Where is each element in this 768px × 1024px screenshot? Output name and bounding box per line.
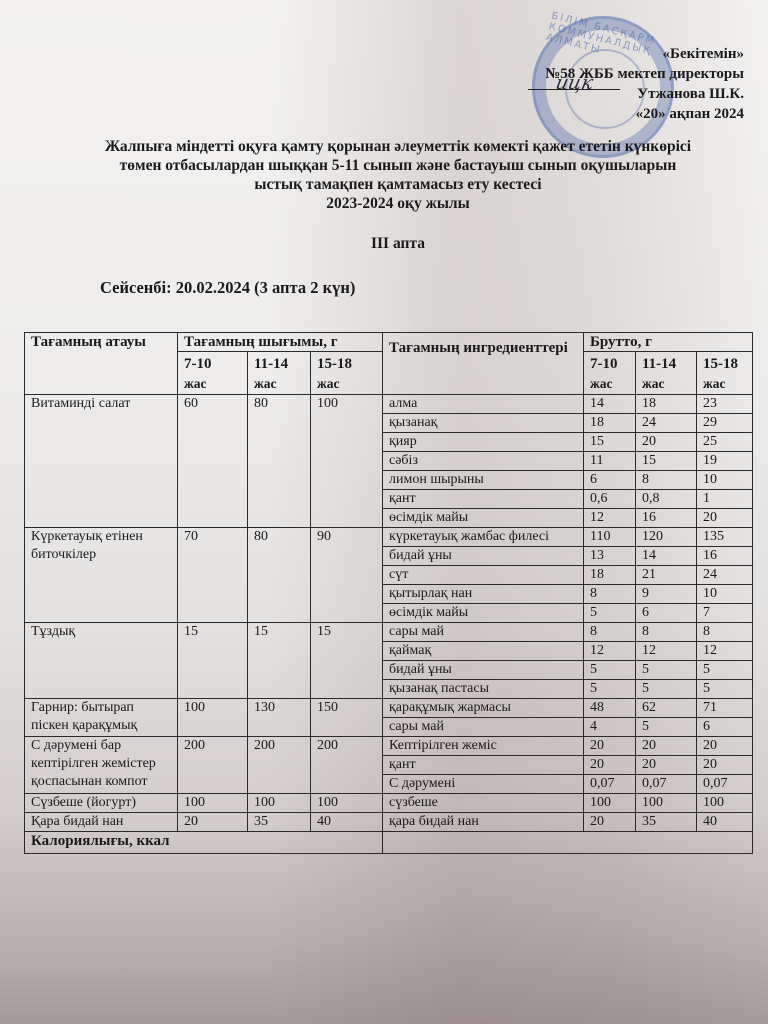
- age-range: 15-18: [703, 356, 738, 372]
- age-unit: жас: [642, 374, 693, 394]
- calories-value: [383, 832, 753, 854]
- signature: ицк: [554, 72, 596, 94]
- ingredient-brutto: 12: [584, 642, 636, 661]
- age-unit: жас: [184, 374, 244, 394]
- dish-yield: 80: [248, 395, 311, 528]
- dish-yield: 80: [248, 528, 311, 623]
- ingredient-name: қара бидай нан: [383, 813, 584, 832]
- ingredient-brutto: 20: [636, 756, 697, 775]
- ingredient-brutto: 1: [697, 490, 753, 509]
- dish-yield: 15: [178, 623, 248, 699]
- ingredient-brutto: 18: [584, 414, 636, 433]
- title-line-3: ыстық тамақпен қамтамасыз ету кестесі: [0, 175, 768, 194]
- ingredient-brutto: 10: [697, 585, 753, 604]
- age-unit: жас: [590, 374, 632, 394]
- ingredient-name: қаймақ: [383, 642, 584, 661]
- age-unit: жас: [254, 374, 307, 394]
- ingredient-brutto: 135: [697, 528, 753, 547]
- ingredient-brutto: 15: [636, 452, 697, 471]
- brutto-age-7-10: 7-10жас: [584, 352, 636, 395]
- ingredient-name: С дәрумені: [383, 775, 584, 794]
- ingredient-name: бидай ұны: [383, 661, 584, 680]
- ingredient-brutto: 14: [636, 547, 697, 566]
- dish-yield: 100: [248, 794, 311, 813]
- ingredient-brutto: 12: [697, 642, 753, 661]
- yield-age-11-14: 11-14жас: [248, 352, 311, 395]
- ingredient-brutto: 20: [636, 737, 697, 756]
- dish-yield: 100: [311, 794, 383, 813]
- ingredient-brutto: 8: [584, 585, 636, 604]
- ingredient-brutto: 40: [697, 813, 753, 832]
- title-line-4: 2023-2024 оқу жылы: [0, 194, 768, 213]
- age-range: 15-18: [317, 356, 352, 372]
- ingredient-brutto: 0,07: [636, 775, 697, 794]
- yield-age-15-18: 15-18жас: [311, 352, 383, 395]
- ingredient-brutto: 18: [636, 395, 697, 414]
- ingredient-brutto: 9: [636, 585, 697, 604]
- ingredient-brutto: 0,8: [636, 490, 697, 509]
- dish-yield: 15: [248, 623, 311, 699]
- ingredient-brutto: 20: [584, 737, 636, 756]
- ingredient-brutto: 15: [584, 433, 636, 452]
- ingredient-brutto: 16: [697, 547, 753, 566]
- approval-heading: «Бекітемін»: [545, 44, 744, 64]
- ingredient-brutto: 71: [697, 699, 753, 718]
- ingredient-brutto: 62: [636, 699, 697, 718]
- ingredient-brutto: 8: [636, 623, 697, 642]
- dish-yield: 100: [178, 699, 248, 737]
- dish-yield: 15: [311, 623, 383, 699]
- ingredient-name: сәбіз: [383, 452, 584, 471]
- dish-yield: 40: [311, 813, 383, 832]
- ingredient-name: лимон шырыны: [383, 471, 584, 490]
- approval-date: «20» ақпан 2024: [545, 104, 744, 124]
- ingredient-brutto: 5: [636, 718, 697, 737]
- calories-row: Калориялығы, ккал: [25, 832, 753, 854]
- ingredient-brutto: 5: [636, 680, 697, 699]
- dish-yield: 200: [311, 737, 383, 794]
- age-unit: жас: [317, 374, 379, 394]
- dish-name: Витаминді салат: [25, 395, 178, 528]
- dish-name: Сүзбеше (йогурт): [25, 794, 178, 813]
- ingredient-brutto: 20: [697, 509, 753, 528]
- ingredient-brutto: 100: [584, 794, 636, 813]
- ingredient-name: бидай ұны: [383, 547, 584, 566]
- ingredient-brutto: 6: [584, 471, 636, 490]
- ingredient-brutto: 20: [584, 756, 636, 775]
- ingredient-name: сары май: [383, 718, 584, 737]
- ingredient-name: күркетауық жамбас филесі: [383, 528, 584, 547]
- ingredient-brutto: 25: [697, 433, 753, 452]
- dish-yield: 90: [311, 528, 383, 623]
- ingredient-name: қызанақ пастасы: [383, 680, 584, 699]
- ingredient-name: қытырлақ нан: [383, 585, 584, 604]
- ingredient-brutto: 23: [697, 395, 753, 414]
- ingredient-name: өсімдік майы: [383, 604, 584, 623]
- ingredient-brutto: 5: [697, 680, 753, 699]
- header-dish-name: Тағамның атауы: [25, 333, 178, 395]
- ingredient-name: қияр: [383, 433, 584, 452]
- table-row: Гарнир: бытырап піскен қарақұмық10013015…: [25, 699, 753, 718]
- dish-name: С дәрумені бар кептірілген жемістер қосп…: [25, 737, 178, 794]
- dish-yield: 60: [178, 395, 248, 528]
- ingredient-brutto: 35: [636, 813, 697, 832]
- ingredient-brutto: 12: [584, 509, 636, 528]
- ingredient-brutto: 120: [636, 528, 697, 547]
- menu-table: Тағамның атауы Тағамның шығымы, г Тағамн…: [24, 332, 753, 854]
- title-line-1: Жалпыға міндетті оқуға қамту қорынан әле…: [0, 137, 768, 156]
- dish-name: Қара бидай нан: [25, 813, 178, 832]
- ingredient-brutto: 10: [697, 471, 753, 490]
- ingredient-brutto: 48: [584, 699, 636, 718]
- ingredient-brutto: 100: [697, 794, 753, 813]
- dish-yield: 130: [248, 699, 311, 737]
- ingredient-brutto: 18: [584, 566, 636, 585]
- ingredient-brutto: 24: [636, 414, 697, 433]
- dish-yield: 20: [178, 813, 248, 832]
- age-unit: жас: [703, 374, 749, 394]
- ingredient-brutto: 20: [636, 433, 697, 452]
- week-label: III апта: [0, 235, 768, 253]
- table-row: Тұздық151515сары май888: [25, 623, 753, 642]
- ingredient-brutto: 13: [584, 547, 636, 566]
- header-yield: Тағамның шығымы, г: [178, 333, 383, 352]
- ingredient-brutto: 29: [697, 414, 753, 433]
- dish-name: Күркетауық етінен биточкілер: [25, 528, 178, 623]
- yield-age-7-10: 7-10жас: [178, 352, 248, 395]
- document-title: Жалпыға міндетті оқуға қамту қорынан әле…: [0, 137, 768, 213]
- ingredient-brutto: 21: [636, 566, 697, 585]
- ingredient-name: қызанақ: [383, 414, 584, 433]
- ingredient-brutto: 16: [636, 509, 697, 528]
- brutto-age-15-18: 15-18жас: [697, 352, 753, 395]
- brutto-age-11-14: 11-14жас: [636, 352, 697, 395]
- dish-yield: 150: [311, 699, 383, 737]
- ingredient-name: сары май: [383, 623, 584, 642]
- ingredient-brutto: 4: [584, 718, 636, 737]
- ingredient-brutto: 8: [584, 623, 636, 642]
- ingredient-brutto: 5: [584, 661, 636, 680]
- ingredient-name: сүзбеше: [383, 794, 584, 813]
- day-label: Сейсенбі: 20.02.2024 (3 апта 2 күн): [100, 278, 355, 298]
- dish-yield: 35: [248, 813, 311, 832]
- age-range: 7-10: [590, 356, 618, 372]
- ingredient-brutto: 14: [584, 395, 636, 414]
- ingredient-name: сүт: [383, 566, 584, 585]
- table-row: Қара бидай нан203540қара бидай нан203540: [25, 813, 753, 832]
- ingredient-brutto: 5: [636, 661, 697, 680]
- header-brutto: Брутто, г: [584, 333, 753, 352]
- ingredient-brutto: 8: [636, 471, 697, 490]
- table-row: Күркетауық етінен биточкілер708090күркет…: [25, 528, 753, 547]
- ingredient-brutto: 100: [636, 794, 697, 813]
- dish-yield: 200: [248, 737, 311, 794]
- ingredient-brutto: 24: [697, 566, 753, 585]
- dish-name: Гарнир: бытырап піскен қарақұмық: [25, 699, 178, 737]
- dish-yield: 100: [178, 794, 248, 813]
- table-row: С дәрумені бар кептірілген жемістер қосп…: [25, 737, 753, 756]
- ingredient-name: қант: [383, 756, 584, 775]
- ingredient-brutto: 19: [697, 452, 753, 471]
- ingredient-brutto: 110: [584, 528, 636, 547]
- ingredient-name: өсімдік майы: [383, 509, 584, 528]
- ingredient-brutto: 0,07: [697, 775, 753, 794]
- ingredient-brutto: 5: [584, 604, 636, 623]
- dish-name: Тұздық: [25, 623, 178, 699]
- ingredient-brutto: 0,6: [584, 490, 636, 509]
- ingredient-name: қарақұмық жармасы: [383, 699, 584, 718]
- ingredient-brutto: 6: [636, 604, 697, 623]
- ingredient-name: алма: [383, 395, 584, 414]
- dish-yield: 100: [311, 395, 383, 528]
- table-row: Сүзбеше (йогурт)100100100сүзбеше10010010…: [25, 794, 753, 813]
- ingredient-brutto: 0,07: [584, 775, 636, 794]
- dish-yield: 200: [178, 737, 248, 794]
- ingredient-brutto: 5: [584, 680, 636, 699]
- ingredient-brutto: 20: [697, 737, 753, 756]
- calories-label: Калориялығы, ккал: [25, 832, 383, 854]
- age-range: 11-14: [254, 356, 288, 372]
- ingredient-brutto: 11: [584, 452, 636, 471]
- ingredient-brutto: 20: [584, 813, 636, 832]
- ingredient-brutto: 5: [697, 661, 753, 680]
- dish-yield: 70: [178, 528, 248, 623]
- title-line-2: төмен отбасылардан шыққан 5-11 сынып жән…: [0, 156, 768, 175]
- menu-body: Витаминді салат6080100алма141823қызанақ1…: [25, 395, 753, 854]
- table-row: Витаминді салат6080100алма141823: [25, 395, 753, 414]
- ingredient-brutto: 12: [636, 642, 697, 661]
- ingredient-brutto: 20: [697, 756, 753, 775]
- ingredient-name: қант: [383, 490, 584, 509]
- age-range: 7-10: [184, 356, 212, 372]
- age-range: 11-14: [642, 356, 676, 372]
- ingredient-name: Кептірілген жеміс: [383, 737, 584, 756]
- header-ingredients: Тағамның ингредиенттері: [383, 333, 584, 395]
- ingredient-brutto: 7: [697, 604, 753, 623]
- ingredient-brutto: 6: [697, 718, 753, 737]
- ingredient-brutto: 8: [697, 623, 753, 642]
